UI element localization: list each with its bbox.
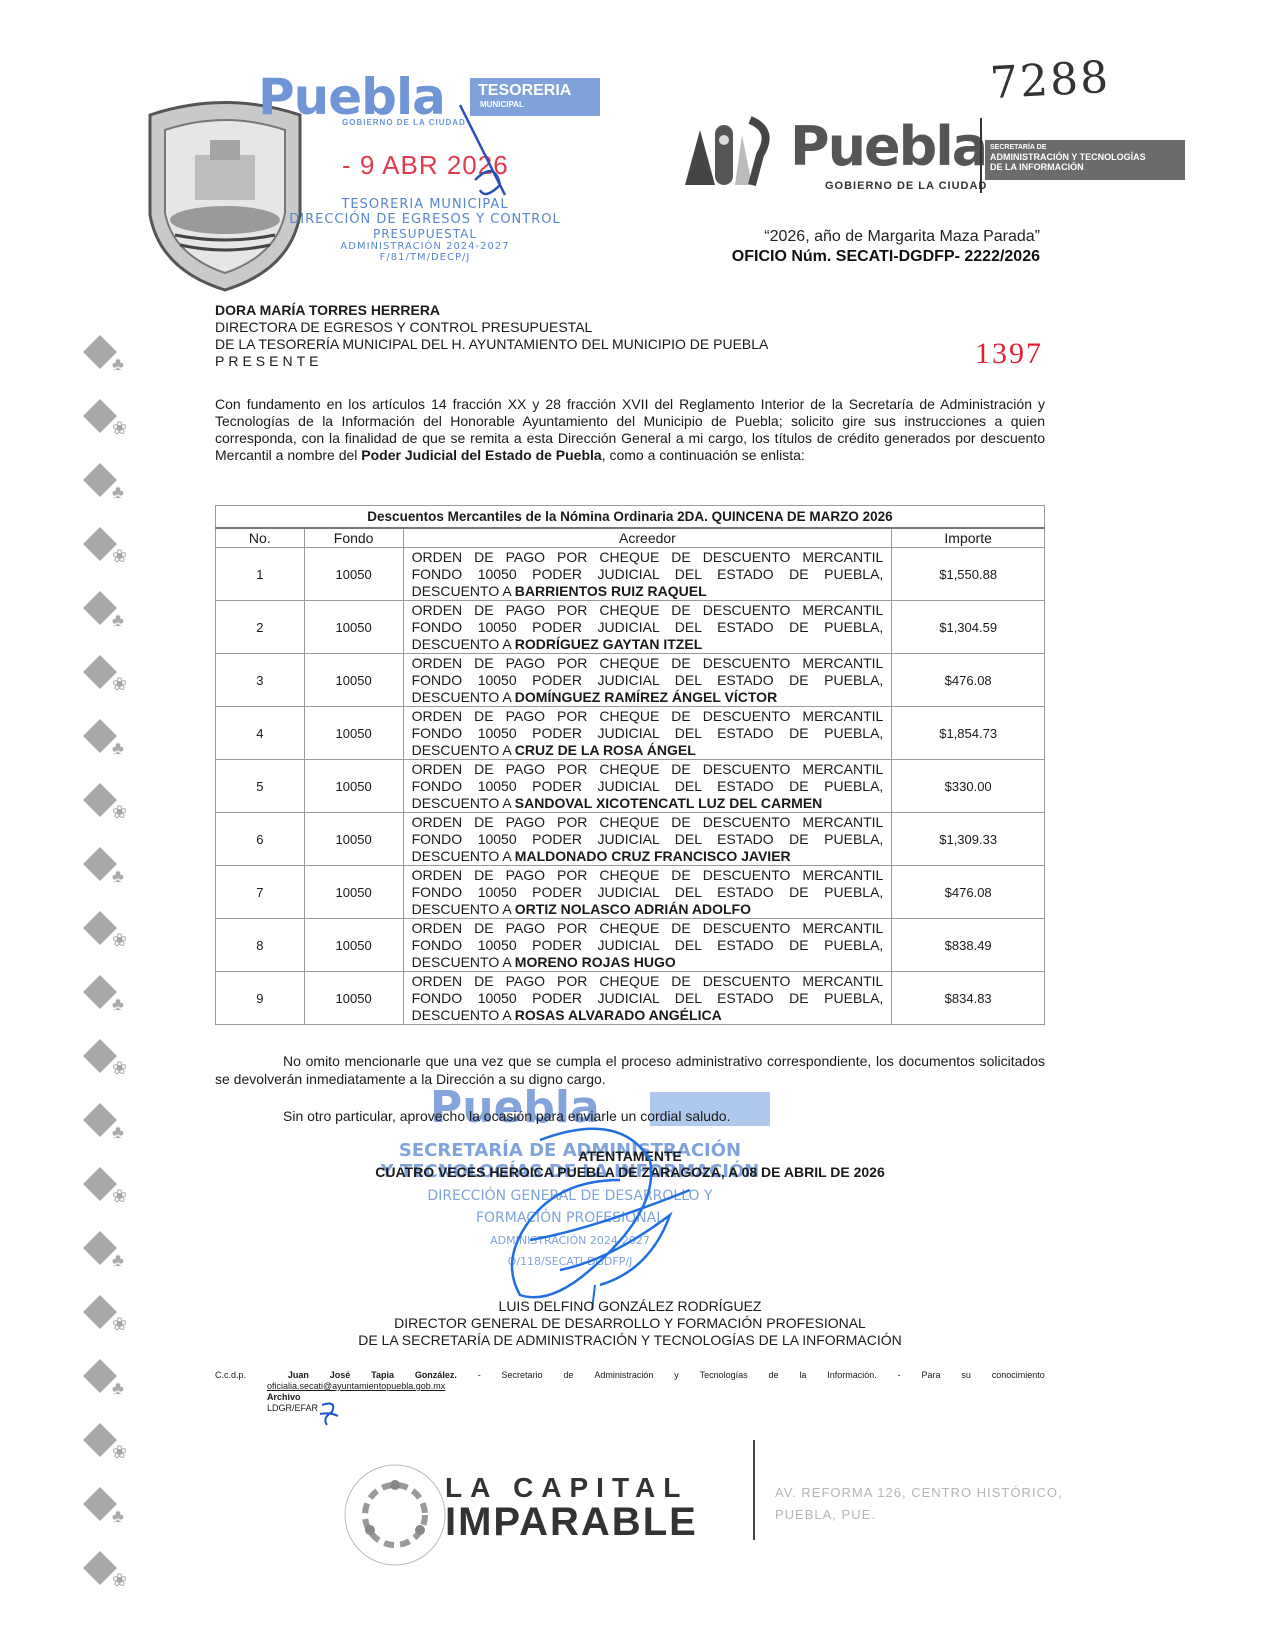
ccdp-word: Tecnologías (700, 1370, 748, 1381)
acreedor-prefix: DESCUENTO A (412, 636, 515, 652)
closing-paragraph: No omito mencionarle que una vez que se … (215, 1052, 1045, 1088)
acreedor-line-1: ORDEN DE PAGO POR CHEQUE DE DESCUENTO ME… (412, 867, 884, 884)
recipient-block: DORA MARÍA TORRES HERRERA DIRECTORA DE E… (215, 302, 768, 370)
tesoreria-stamp-text: TESORERIA MUNICIPAL DIRECCIÓN DE EGRESOS… (280, 197, 570, 263)
intro-text-end: , como a continuación se enlista: (602, 447, 805, 463)
cell-acreedor: ORDEN DE PAGO POR CHEQUE DE DESCUENTO ME… (403, 548, 892, 601)
cell-fondo: 10050 (304, 601, 403, 654)
acreedor-line-1: ORDEN DE PAGO POR CHEQUE DE DESCUENTO ME… (412, 761, 884, 778)
cell-fondo: 10050 (304, 707, 403, 760)
secati-line-3: DE LA INFORMACIÓN (990, 162, 1185, 172)
presente-label: PRESENTE (215, 353, 768, 370)
acreedor-name: CRUZ DE LA ROSA ÁNGEL (515, 742, 696, 758)
handwritten-control-number: 7288 (989, 52, 1111, 109)
ccdp-word: Secretario (502, 1370, 543, 1381)
cell-acreedor: ORDEN DE PAGO POR CHEQUE DE DESCUENTO ME… (403, 972, 892, 1025)
secati-name-box: SECRETARÍA DE ADMINISTRACIÓN Y TECNOLOGÍ… (985, 140, 1185, 180)
border-leaf-icon: ♣ (112, 1250, 124, 1271)
table-row: 910050ORDEN DE PAGO POR CHEQUE DE DESCUE… (216, 972, 1045, 1025)
border-leaf-icon: ♣ (112, 866, 124, 887)
tesoreria-box-title: TESORERIA (478, 82, 600, 100)
acreedor-name: BARRIENTOS RUIZ RAQUEL (515, 583, 707, 599)
column-header-fondo: Fondo (304, 528, 403, 548)
ccdp-word: Tapia (371, 1370, 394, 1381)
border-leaf-icon: ❀ (112, 1314, 127, 1335)
ccdp-word: de (768, 1370, 778, 1381)
acreedor-line-2: FONDO 10050 PODER JUDICIAL DEL ESTADO DE… (412, 566, 884, 583)
stamp-line: TESORERIA MUNICIPAL (280, 197, 570, 212)
acreedor-prefix: DESCUENTO A (412, 954, 515, 970)
border-leaf-icon: ❀ (112, 1058, 127, 1079)
acreedor-prefix: DESCUENTO A (412, 583, 515, 599)
recipient-title-2: DE LA TESORERÍA MUNICIPAL DEL H. AYUNTAM… (215, 336, 768, 353)
cell-importe: $330.00 (892, 760, 1045, 813)
ccdp-label: C.c.d.p. (215, 1370, 267, 1381)
table-row: 310050ORDEN DE PAGO POR CHEQUE DE DESCUE… (216, 654, 1045, 707)
signer-name: LUIS DELFINO GONZÁLEZ RODRÍGUEZ (215, 1298, 1045, 1315)
intro-bold-entity: Poder Judicial del Estado de Puebla (361, 447, 601, 463)
border-leaf-icon: ♣ (112, 482, 124, 503)
initials-scribble-icon (312, 1400, 342, 1430)
ccdp-word: de (563, 1370, 573, 1381)
acreedor-name: MORENO ROJAS HUGO (515, 954, 676, 970)
cell-importe: $838.49 (892, 919, 1045, 972)
cell-acreedor: ORDEN DE PAGO POR CHEQUE DE DESCUENTO ME… (403, 919, 892, 972)
stamp-line: PRESUPUESTAL (280, 227, 570, 241)
signer-title-1: DIRECTOR GENERAL DE DESARROLLO Y FORMACI… (215, 1315, 1045, 1332)
acreedor-prefix: DESCUENTO A (412, 795, 515, 811)
cell-fondo: 10050 (304, 760, 403, 813)
acreedor-name: MALDONADO CRUZ FRANCISCO JAVIER (515, 848, 791, 864)
ccdp-email-link[interactable]: oficialia.secati@ayuntamientopuebla.gob.… (267, 1381, 1045, 1392)
acreedor-line-1: ORDEN DE PAGO POR CHEQUE DE DESCUENTO ME… (412, 814, 884, 831)
cell-importe: $476.08 (892, 866, 1045, 919)
ccdp-word: la (799, 1370, 806, 1381)
border-leaf-icon: ❀ (112, 802, 127, 823)
acreedor-name: RODRÍGUEZ GAYTAN ITZEL (515, 636, 702, 652)
acreedor-line-2: FONDO 10050 PODER JUDICIAL DEL ESTADO DE… (412, 619, 884, 636)
cell-no: 3 (216, 654, 305, 707)
ccdp-word: Administración (594, 1370, 653, 1381)
acreedor-line-2: FONDO 10050 PODER JUDICIAL DEL ESTADO DE… (412, 884, 884, 901)
puebla-logo-sub: GOBIERNO DE LA CIUDAD (825, 180, 987, 192)
border-leaf-icon: ♣ (112, 1506, 124, 1527)
ccdp-line: C.c.d.p. JuanJoséTapiaGonzález.-Secretar… (215, 1370, 1045, 1381)
acreedor-line-1: ORDEN DE PAGO POR CHEQUE DE DESCUENTO ME… (412, 602, 884, 619)
table-row: 110050ORDEN DE PAGO POR CHEQUE DE DESCUE… (216, 548, 1045, 601)
address-line-1: AV. REFORMA 126, CENTRO HISTÓRICO, (775, 1482, 1063, 1504)
cell-no: 1 (216, 548, 305, 601)
cell-fondo: 10050 (304, 866, 403, 919)
address-line-2: PUEBLA, PUE. (775, 1504, 1063, 1526)
cell-no: 6 (216, 813, 305, 866)
signer-block: LUIS DELFINO GONZÁLEZ RODRÍGUEZ DIRECTOR… (215, 1298, 1045, 1349)
acreedor-prefix: DESCUENTO A (412, 742, 515, 758)
cell-acreedor: ORDEN DE PAGO POR CHEQUE DE DESCUENTO ME… (403, 601, 892, 654)
acreedor-name: DOMÍNGUEZ RAMÍREZ ÁNGEL VÍCTOR (515, 689, 777, 705)
acreedor-line-1: ORDEN DE PAGO POR CHEQUE DE DESCUENTO ME… (412, 973, 884, 990)
author-initials: LDGR/EFAR (267, 1403, 1045, 1414)
secati-line-2: ADMINISTRACIÓN Y TECNOLOGÍAS (990, 152, 1185, 162)
border-leaf-icon: ❀ (112, 546, 127, 567)
border-leaf-icon: ♣ (112, 738, 124, 759)
recipient-title-1: DIRECTORA DE EGRESOS Y CONTROL PRESUPUES… (215, 319, 768, 336)
table-row: 210050ORDEN DE PAGO POR CHEQUE DE DESCUE… (216, 601, 1045, 654)
cell-importe: $1,304.59 (892, 601, 1045, 654)
cell-acreedor: ORDEN DE PAGO POR CHEQUE DE DESCUENTO ME… (403, 866, 892, 919)
cell-acreedor: ORDEN DE PAGO POR CHEQUE DE DESCUENTO ME… (403, 654, 892, 707)
recipient-name: DORA MARÍA TORRES HERRERA (215, 302, 768, 319)
cell-no: 2 (216, 601, 305, 654)
border-leaf-icon: ❀ (112, 1186, 127, 1207)
cell-no: 5 (216, 760, 305, 813)
ccdp-word: Juan (288, 1370, 309, 1381)
stamp-line: DIRECCIÓN DE EGRESOS Y CONTROL (280, 212, 570, 227)
equality-norm-seal-icon (340, 1460, 450, 1570)
border-leaf-icon: ♣ (112, 354, 124, 375)
border-leaf-icon: ❀ (112, 1442, 127, 1463)
acreedor-line-2: FONDO 10050 PODER JUDICIAL DEL ESTADO DE… (412, 778, 884, 795)
column-header-importe: Importe (892, 528, 1045, 548)
ccdp-word: y (674, 1370, 679, 1381)
border-leaf-icon: ♣ (112, 610, 124, 631)
acreedor-prefix: DESCUENTO A (412, 848, 515, 864)
cell-fondo: 10050 (304, 654, 403, 707)
acreedor-line-1: ORDEN DE PAGO POR CHEQUE DE DESCUENTO ME… (412, 549, 884, 566)
cell-no: 8 (216, 919, 305, 972)
cell-no: 4 (216, 707, 305, 760)
secati-line-1: SECRETARÍA DE (990, 144, 1185, 151)
acreedor-line-2: FONDO 10050 PODER JUDICIAL DEL ESTADO DE… (412, 990, 884, 1007)
table-row: 710050ORDEN DE PAGO POR CHEQUE DE DESCUE… (216, 866, 1045, 919)
oficio-number: OFICIO Núm. SECATI-DGDFP- 2222/2026 (640, 248, 1040, 266)
acreedor-line-2: FONDO 10050 PODER JUDICIAL DEL ESTADO DE… (412, 672, 884, 689)
acreedor-line-1: ORDEN DE PAGO POR CHEQUE DE DESCUENTO ME… (412, 920, 884, 937)
folio-stamp: 1397 (975, 337, 1043, 371)
border-leaf-icon: ♣ (112, 1378, 124, 1399)
table-row: 810050ORDEN DE PAGO POR CHEQUE DE DESCUE… (216, 919, 1045, 972)
table-row: 610050ORDEN DE PAGO POR CHEQUE DE DESCUE… (216, 813, 1045, 866)
cell-fondo: 10050 (304, 972, 403, 1025)
acreedor-prefix: DESCUENTO A (412, 689, 515, 705)
stamp-line: ADMINISTRACIÓN 2024-2027 (280, 241, 570, 252)
cell-no: 9 (216, 972, 305, 1025)
puebla-logo-word: Puebla (790, 115, 986, 178)
footer-address: AV. REFORMA 126, CENTRO HISTÓRICO, PUEBL… (775, 1482, 1063, 1526)
year-motto: “2026, año de Margarita Maza Parada” (660, 228, 1040, 246)
logo-divider (980, 118, 982, 193)
puebla-city-emblem-icon (680, 110, 780, 190)
acreedor-line-1: ORDEN DE PAGO POR CHEQUE DE DESCUENTO ME… (412, 655, 884, 672)
footer-slogan-line-2: IMPARABLE (445, 1500, 698, 1545)
handwritten-signature-icon (500, 1120, 700, 1310)
ccdp-word: conocimiento (992, 1370, 1045, 1381)
acreedor-line-2: FONDO 10050 PODER JUDICIAL DEL ESTADO DE… (412, 937, 884, 954)
acreedor-line-2: FONDO 10050 PODER JUDICIAL DEL ESTADO DE… (412, 725, 884, 742)
tesoreria-stamp-logo-sub: GOBIERNO DE LA CIUDAD (342, 118, 466, 127)
border-leaf-icon: ♣ (112, 1122, 124, 1143)
stamp-initial-scribble-icon (455, 100, 515, 210)
table-title: Descuentos Mercantiles de la Nómina Ordi… (216, 506, 1045, 529)
table-row: 510050ORDEN DE PAGO POR CHEQUE DE DESCUE… (216, 760, 1045, 813)
acreedor-prefix: DESCUENTO A (412, 1007, 515, 1023)
discounts-table: Descuentos Mercantiles de la Nómina Ordi… (215, 505, 1045, 1025)
cell-acreedor: ORDEN DE PAGO POR CHEQUE DE DESCUENTO ME… (403, 707, 892, 760)
table-row: 410050ORDEN DE PAGO POR CHEQUE DE DESCUE… (216, 707, 1045, 760)
footer-divider (753, 1440, 755, 1540)
acreedor-name: ORTIZ NOLASCO ADRIÁN ADOLFO (515, 901, 751, 917)
cell-fondo: 10050 (304, 813, 403, 866)
cell-acreedor: ORDEN DE PAGO POR CHEQUE DE DESCUENTO ME… (403, 760, 892, 813)
ccdp-word: José (330, 1370, 351, 1381)
acreedor-name: ROSAS ALVARADO ANGÉLICA (515, 1007, 722, 1023)
cell-acreedor: ORDEN DE PAGO POR CHEQUE DE DESCUENTO ME… (403, 813, 892, 866)
border-leaf-icon: ❀ (112, 674, 127, 695)
archivo-label: Archivo (267, 1392, 1045, 1403)
acreedor-prefix: DESCUENTO A (412, 901, 515, 917)
intro-paragraph: Con fundamento en los artículos 14 fracc… (215, 396, 1045, 464)
column-header-acreedor: Acreedor (403, 528, 892, 548)
border-leaf-icon: ❀ (112, 418, 127, 439)
cell-fondo: 10050 (304, 548, 403, 601)
cell-importe: $1,550.88 (892, 548, 1045, 601)
stamp-line: F/81/TM/DECP/J (280, 252, 570, 263)
cell-importe: $834.83 (892, 972, 1045, 1025)
ccdp-word: - (478, 1370, 481, 1381)
border-leaf-icon: ❀ (112, 1570, 127, 1591)
border-leaf-icon: ❀ (112, 930, 127, 951)
acreedor-name: SANDOVAL XICOTENCATL LUZ DEL CARMEN (515, 795, 823, 811)
column-header-no: No. (216, 528, 305, 548)
acreedor-line-2: FONDO 10050 PODER JUDICIAL DEL ESTADO DE… (412, 831, 884, 848)
ccdp-word: - (898, 1370, 901, 1381)
ccdp-word: su (961, 1370, 971, 1381)
cell-importe: $1,309.33 (892, 813, 1045, 866)
ccdp-word: González. (415, 1370, 457, 1381)
signer-title-2: DE LA SECRETARÍA DE ADMINISTRACIÓN Y TEC… (215, 1332, 1045, 1349)
cell-importe: $476.08 (892, 654, 1045, 707)
ccdp-word: Para (921, 1370, 940, 1381)
cell-fondo: 10050 (304, 919, 403, 972)
cell-no: 7 (216, 866, 305, 919)
border-leaf-icon: ♣ (112, 994, 124, 1015)
cell-importe: $1,854.73 (892, 707, 1045, 760)
ccdp-word: Información. (827, 1370, 877, 1381)
acreedor-line-1: ORDEN DE PAGO POR CHEQUE DE DESCUENTO ME… (412, 708, 884, 725)
decorative-left-border: ♣❀♣❀♣❀♣❀♣❀♣❀♣❀♣❀♣❀♣❀ (70, 340, 130, 1640)
